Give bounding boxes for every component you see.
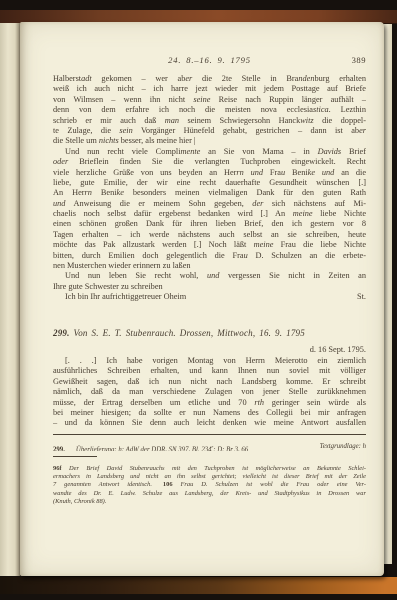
text-segment: schrieb er mir auch daß — [53, 116, 165, 125]
line-text: ermachers in Landsberg und nicht an ihn … — [53, 473, 366, 480]
letter-298-line: chaelis noch selbst dafür ergebenst beda… — [53, 209, 366, 219]
text-segment: müsse, der Ertrag derselben um etliche u… — [53, 398, 254, 407]
line-text: viele herzliche Grüße von uns beyden an … — [53, 168, 366, 177]
footnotes-block: 96f Der Brief David Stubenrauchs mit den… — [53, 465, 366, 506]
text-segment: Textgrundlage: h — [320, 443, 366, 450]
text-segment: 106 — [163, 481, 173, 488]
text-segment: mente — [181, 147, 201, 156]
text-segment: oder — [53, 157, 68, 166]
line-text: 96f Der Brief David Stubenrauchs mit den… — [53, 465, 366, 472]
text-segment: weiß ich auch nicht – ich harre jezt wie… — [53, 84, 366, 93]
line-text: te Zulage, die sein Vorgänger Hünefeld g… — [53, 126, 366, 135]
letter-299-line: bei meiner hiesigen; da sollte er nun Na… — [53, 408, 366, 418]
text-segment: Halberst — [53, 74, 81, 83]
line-text: An Herrn Benike besonders meinen vielmal… — [53, 188, 366, 197]
letter-298-line: bitten, durch Emilien doch gelegentlich … — [53, 251, 366, 261]
line-text: chaelis noch selbst dafür ergebenst beda… — [53, 209, 366, 218]
text-segment: liebe Nichte — [313, 209, 366, 218]
text-segment: die doppel- — [314, 116, 366, 125]
text-segment: Fra — [263, 168, 281, 177]
text-segment: Von S. E. T. Stubenrauch. Drossen, Mittw… — [70, 328, 305, 338]
text-segment: nen Musterchen wieder erinnern zu laßen — [53, 261, 191, 270]
text-segment: geringer sein würde als — [264, 398, 366, 407]
text-segment: liebe, gute Emilie, der wir eine recht d… — [53, 178, 366, 187]
text-segment: er — [359, 126, 366, 135]
text-segment: rn und — [236, 168, 263, 177]
text-segment: ke und — [308, 168, 335, 177]
text-segment: Der Brief David Stubenrauchs mit den Tuc… — [62, 465, 366, 472]
text-segment: möchte das Pak allzustark werden [.] Noc… — [53, 240, 254, 249]
text-segment: – und da können Sie denn auch leicht den… — [53, 418, 366, 427]
letter-298-line: Und nun recht viele Complimente an Sie v… — [53, 147, 366, 157]
text-segment: Beni — [285, 168, 308, 177]
letter-299-heading: 299. Von S. E. T. Stubenrauch. Drossen, … — [53, 327, 366, 339]
line-text: schrieb er mir auch daß man seinem Schwi… — [53, 116, 366, 125]
letter-299-line: Gewißheit sagen, daß ich nun nicht nach … — [53, 377, 366, 387]
letter-298-line: Halberstadt gekomen – wer aber die 2te S… — [53, 74, 366, 84]
line-text: oder Brieflein finden Sie die verlangten… — [53, 157, 366, 166]
text-segment: einen schönen großen Dank für ihren lieb… — [53, 219, 366, 228]
letter-298-body: Halberstadt gekomen – wer aber die 2te S… — [53, 74, 366, 303]
line-text: bei meiner hiesigen; da sollte er nun Na… — [53, 408, 366, 417]
line-text: Ihre gute Schwester zu schreiben — [53, 282, 163, 291]
book-page: 24. 8.–16. 9. 1795 389 Halberstadt gekom… — [20, 22, 384, 576]
letter-299-line: [. . .] Ich habe vorigen Montag von Herr… — [53, 356, 366, 366]
line-text: Und nun recht viele Complimente an Sie v… — [65, 147, 366, 156]
text-segment: viele herzliche Grüße von uns beyden an … — [53, 168, 236, 177]
letter-298-line: einen schönen großen Dank für ihren lieb… — [53, 219, 366, 229]
table-surface — [0, 577, 397, 594]
text-segment: seinem Schwiegersohn Hanck — [179, 116, 300, 125]
letter-298-line: oder Brieflein finden Sie die verlangten… — [53, 157, 366, 167]
line-text: Gewißheit sagen, daß ich nun nicht nach … — [53, 377, 366, 386]
line-text: – und da können Sie denn auch leicht den… — [53, 418, 366, 427]
text-segment: besser, als meine hier | — [119, 136, 196, 145]
text-segment: gekomen – wer ab — [92, 74, 186, 83]
text-segment: von Wilmsen – wenn ihn nicht — [53, 95, 193, 104]
text-segment: bitten, durch Emilien doch gelegentlich … — [53, 251, 244, 260]
text-segment: ; D: Br 3, 66 — [213, 446, 248, 451]
line-right-text: St. — [357, 292, 366, 302]
text-segment: wandte des Dr. E. Ludw. Schulze aus Land… — [53, 490, 366, 497]
line-text: denn von dem erfahre ich noch die meiste… — [53, 105, 366, 114]
text-segment: Beni — [92, 188, 117, 197]
text-segment: stica — [313, 105, 329, 114]
footnote-line: ermachers in Landsberg und nicht an ihn … — [53, 473, 366, 481]
line-text: liebe, gute Emilie, der wir eine recht d… — [53, 178, 366, 187]
running-header: 24. 8.–16. 9. 1795 389 — [53, 55, 366, 66]
text-segment: Überlieferung: h: AdW der DDR, SN 397, B… — [76, 446, 212, 451]
text-segment: Tagen erhalten – ich werde nächstens auc… — [53, 230, 366, 239]
text-segment: Reise nach Ruppin länger aufhält – — [210, 95, 366, 104]
line-text: wandte des Dr. E. Ludw. Schulze aus Land… — [53, 490, 366, 497]
line-right-text: Textgrundlage: h — [320, 442, 366, 451]
text-segment: Davids — [318, 147, 342, 156]
page-content: 24. 8.–16. 9. 1795 389 Halberstadt gekom… — [53, 22, 366, 506]
letter-298-line: 105möchte das Pak allzustark werden [.] … — [53, 240, 366, 250]
line-text: müsse, der Ertrag derselben um etliche u… — [53, 398, 366, 407]
page-number: 389 — [352, 55, 366, 66]
line-text: 7 genannten Antwort identisch.106 Frau D… — [53, 481, 366, 488]
text-segment: Brief — [341, 147, 366, 156]
text-segment: [. . .] Ich habe vorigen Montag von Herr… — [65, 356, 366, 365]
text-segment: . Lezthin — [329, 105, 366, 114]
footnote-line: (Knuth, Chronik 88). — [53, 498, 366, 506]
letter-298-line: 110Ich bin Ihr aufrichtiggetreuer OheimS… — [53, 292, 366, 302]
text-segment: nämlich, daß da man verschiedene Zulagen… — [53, 387, 366, 396]
line-text: möchte das Pak allzustark werden [.] Noc… — [53, 240, 366, 249]
text-segment: burg erhalten — [315, 74, 366, 83]
text-segment: sich nächstens auf Mi- — [263, 199, 366, 208]
line-text: ausführliches Schreiben erhalten, und ka… — [53, 366, 366, 375]
line-text: nämlich, daß da man verschiedene Zulagen… — [53, 387, 366, 396]
text-segment: te Zulage, die — [53, 126, 119, 135]
text-segment: Ich bin Ihr aufrichtiggetreuer Oheim — [65, 292, 186, 301]
text-segment: Vorgänger Hünefeld gehabt, gestrichen – … — [133, 126, 359, 135]
text-segment: Und nun recht viele Compli — [65, 147, 181, 156]
letter-298-line: liebe, gute Emilie, der wir eine recht d… — [53, 178, 366, 188]
letter-298-line: und Anweisung die er meinem Sohn gegeben… — [53, 199, 366, 209]
line-text: weiß ich auch nicht – ich harre jezt wie… — [53, 84, 366, 93]
line-text: und Anweisung die er meinem Sohn gegeben… — [53, 199, 366, 208]
line-text: Ich bin Ihr aufrichtiggetreuer Oheim — [65, 292, 186, 302]
text-segment: ausführliches Schreiben erhalten, und ka… — [53, 366, 366, 375]
letter-298-line: Ihre gute Schwester zu schreiben — [53, 282, 366, 292]
letter-299-line: müsse, der Ertrag derselben um etliche u… — [53, 398, 366, 408]
line-text: Und nun leben Sie recht wohl, und verges… — [65, 271, 366, 280]
letter-298-line: von Wilmsen – wenn ihn nicht seine Reise… — [53, 95, 366, 105]
facing-page-edge — [0, 23, 20, 576]
text-segment: adt — [81, 74, 92, 83]
text-segment: und — [207, 271, 219, 280]
text-segment: 7 genannten Antwort identisch. — [53, 481, 152, 488]
line-text: die Stelle um nichts besser, als meine h… — [53, 136, 196, 145]
text-segment: an Sie von Mama – in — [200, 147, 317, 156]
text-segment: nden — [298, 74, 314, 83]
letter-298-line: schrieb er mir auch daß man seinem Schwi… — [53, 116, 366, 126]
text-segment: 96f — [53, 465, 62, 472]
header-date-range: 24. 8.–16. 9. 1795 — [168, 55, 251, 65]
footnote-line: wandte des Dr. E. Ludw. Schulze aus Land… — [53, 490, 366, 498]
letter-299-line: – und da können Sie denn auch leicht den… — [53, 418, 366, 428]
text-segment: besonders meinen vielmaligen Dank für de… — [124, 188, 366, 197]
text-segment: Frau D. Schulzen ist wohl die Frau oder … — [173, 481, 366, 488]
text-segment: Anweisung die er meinem Sohn gegeben, — [65, 199, 252, 208]
letter-298-line: 100An Herrn Benike besonders meinen viel… — [53, 188, 366, 198]
letter-299-line: ausführliches Schreiben erhalten, und ka… — [53, 366, 366, 376]
apparatus-divider-rule — [53, 434, 366, 435]
apparatus-block: 299.Überlieferung: h: AdW der DDR, SN 39… — [53, 442, 366, 451]
text-segment: Frau die liebe Nichte — [273, 240, 366, 249]
text-segment: An Her — [53, 188, 85, 197]
photographed-book-scene: 24. 8.–16. 9. 1795 389 Halberstadt gekom… — [0, 0, 397, 600]
text-segment: witz — [300, 116, 313, 125]
text-segment: an die — [334, 168, 366, 177]
text-segment: vergessen Sie nicht in Zeiten an — [219, 271, 366, 280]
letter-298-line: 95die Stelle um nichts besser, als meine… — [53, 136, 366, 146]
letter-298-line: 90weiß ich auch nicht – ich harre jezt w… — [53, 84, 366, 94]
text-segment: 299. — [53, 446, 65, 451]
text-segment: (Knuth, Chronik 88). — [53, 498, 106, 505]
text-segment: nichts — [99, 136, 119, 145]
line-text: von Wilmsen – wenn ihn nicht seine Reise… — [53, 95, 366, 104]
text-segment: und — [53, 199, 65, 208]
text-segment: der — [252, 199, 263, 208]
text-segment: ermachers in Landsberg und nicht an ihn … — [53, 473, 366, 480]
text-segment: St. — [357, 292, 366, 301]
line-text: bitten, durch Emilien doch gelegentlich … — [53, 251, 366, 260]
text-segment: denn von dem erfahre ich noch die meiste… — [53, 105, 313, 114]
line-text: einen schönen großen Dank für ihren lieb… — [53, 219, 366, 228]
text-segment: Und nun leben Sie recht wohl, — [65, 271, 207, 280]
text-segment: Gewißheit sagen, daß ich nun nicht nach … — [53, 377, 366, 386]
text-segment: man — [165, 116, 179, 125]
text-segment: Ihre gute Schwester zu schreiben — [53, 282, 163, 291]
line-text: nen Musterchen wieder erinnern zu laßen — [53, 261, 191, 270]
footnote-line: 7 genannten Antwort identisch.106 Frau D… — [53, 481, 366, 489]
line-text: [. . .] Ich habe vorigen Montag von Herr… — [65, 356, 366, 365]
text-segment: die Stelle um — [53, 136, 99, 145]
text-segment: rn — [85, 188, 92, 197]
letter-298-line: denn von dem erfahre ich noch die meiste… — [53, 105, 366, 115]
text-segment: meine — [293, 209, 313, 218]
line-text: (Knuth, Chronik 88). — [53, 498, 106, 505]
line-text: 299.Überlieferung: h: AdW der DDR, SN 39… — [53, 442, 248, 451]
text-segment: seine — [193, 95, 210, 104]
text-segment: chaelis noch selbst dafür ergebenst beda… — [53, 209, 293, 218]
footnote-line: 96f Der Brief David Stubenrauchs mit den… — [53, 465, 366, 473]
text-segment: bei meiner hiesigen; da sollte er nun Na… — [53, 408, 366, 417]
letter-298-line: Und nun leben Sie recht wohl, und verges… — [53, 271, 366, 281]
letter-299-dateline: d. 16 Sept. 1795. — [53, 345, 366, 355]
letter-298-line: Tagen erhalten – ich werde nächstens auc… — [53, 230, 366, 240]
letter-298-line: viele herzliche Grüße von uns beyden an … — [53, 168, 366, 178]
letter-299-body: [. . .] Ich habe vorigen Montag von Herr… — [53, 356, 366, 429]
text-segment: ke — [117, 188, 124, 197]
text-segment: rth — [254, 398, 264, 407]
text-segment: meine — [254, 240, 274, 249]
letter-298-line: nen Musterchen wieder erinnern zu laßen — [53, 261, 366, 271]
text-segment: 299. — [53, 328, 70, 338]
text-segment: sein — [119, 126, 132, 135]
footnote-divider-rule — [53, 456, 97, 457]
text-segment: D. Schulzen an die erbete- — [248, 251, 366, 260]
apparatus-line: 299.Überlieferung: h: AdW der DDR, SN 39… — [53, 442, 366, 451]
text-segment: Brieflein finden Sie die verlangten Tuch… — [68, 157, 366, 166]
line-text: Tagen erhalten – ich werde nächstens auc… — [53, 230, 366, 239]
letter-298-line: te Zulage, die sein Vorgänger Hünefeld g… — [53, 126, 366, 136]
text-segment: die 2te Stelle in Bra — [192, 74, 298, 83]
line-text: Halberstadt gekomen – wer aber die 2te S… — [53, 74, 366, 83]
letter-299-line: 5nämlich, daß da man verschiedene Zulage… — [53, 387, 366, 397]
